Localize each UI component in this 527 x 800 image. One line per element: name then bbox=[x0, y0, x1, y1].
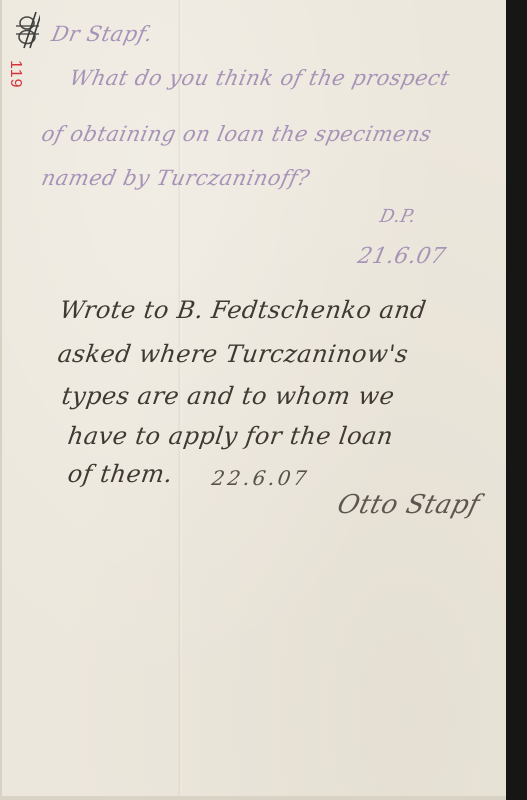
reply-line-2: asked where Turczaninow's bbox=[56, 340, 410, 368]
reply-line-1: Wrote to B. Fedtschenko and bbox=[58, 296, 428, 324]
query-date: 21.6.07 bbox=[355, 244, 448, 269]
reply-line-3: types are and to whom we bbox=[60, 382, 396, 410]
reply-signature: Otto Stapf bbox=[334, 490, 483, 520]
folio-number: 119 bbox=[6, 60, 24, 89]
query-initials: D.P. bbox=[378, 206, 418, 227]
query-salutation: Dr Stapf. bbox=[49, 22, 155, 46]
page-bottom-edge bbox=[0, 796, 506, 800]
reply-date: 22.6.07 bbox=[210, 466, 311, 490]
reply-line-5: of them. bbox=[66, 460, 175, 488]
reply-line-4: have to apply for the loan bbox=[66, 422, 395, 450]
crossed-registry-mark bbox=[14, 10, 40, 50]
query-line-3: named by Turczaninoff? bbox=[39, 166, 312, 190]
mount-strip bbox=[506, 0, 527, 800]
letter-page: 119 Dr Stapf. What do you think of the p… bbox=[0, 0, 506, 796]
query-line-1: What do you think of the prospect bbox=[67, 66, 452, 90]
query-line-2: of obtaining on loan the specimens bbox=[39, 122, 434, 146]
